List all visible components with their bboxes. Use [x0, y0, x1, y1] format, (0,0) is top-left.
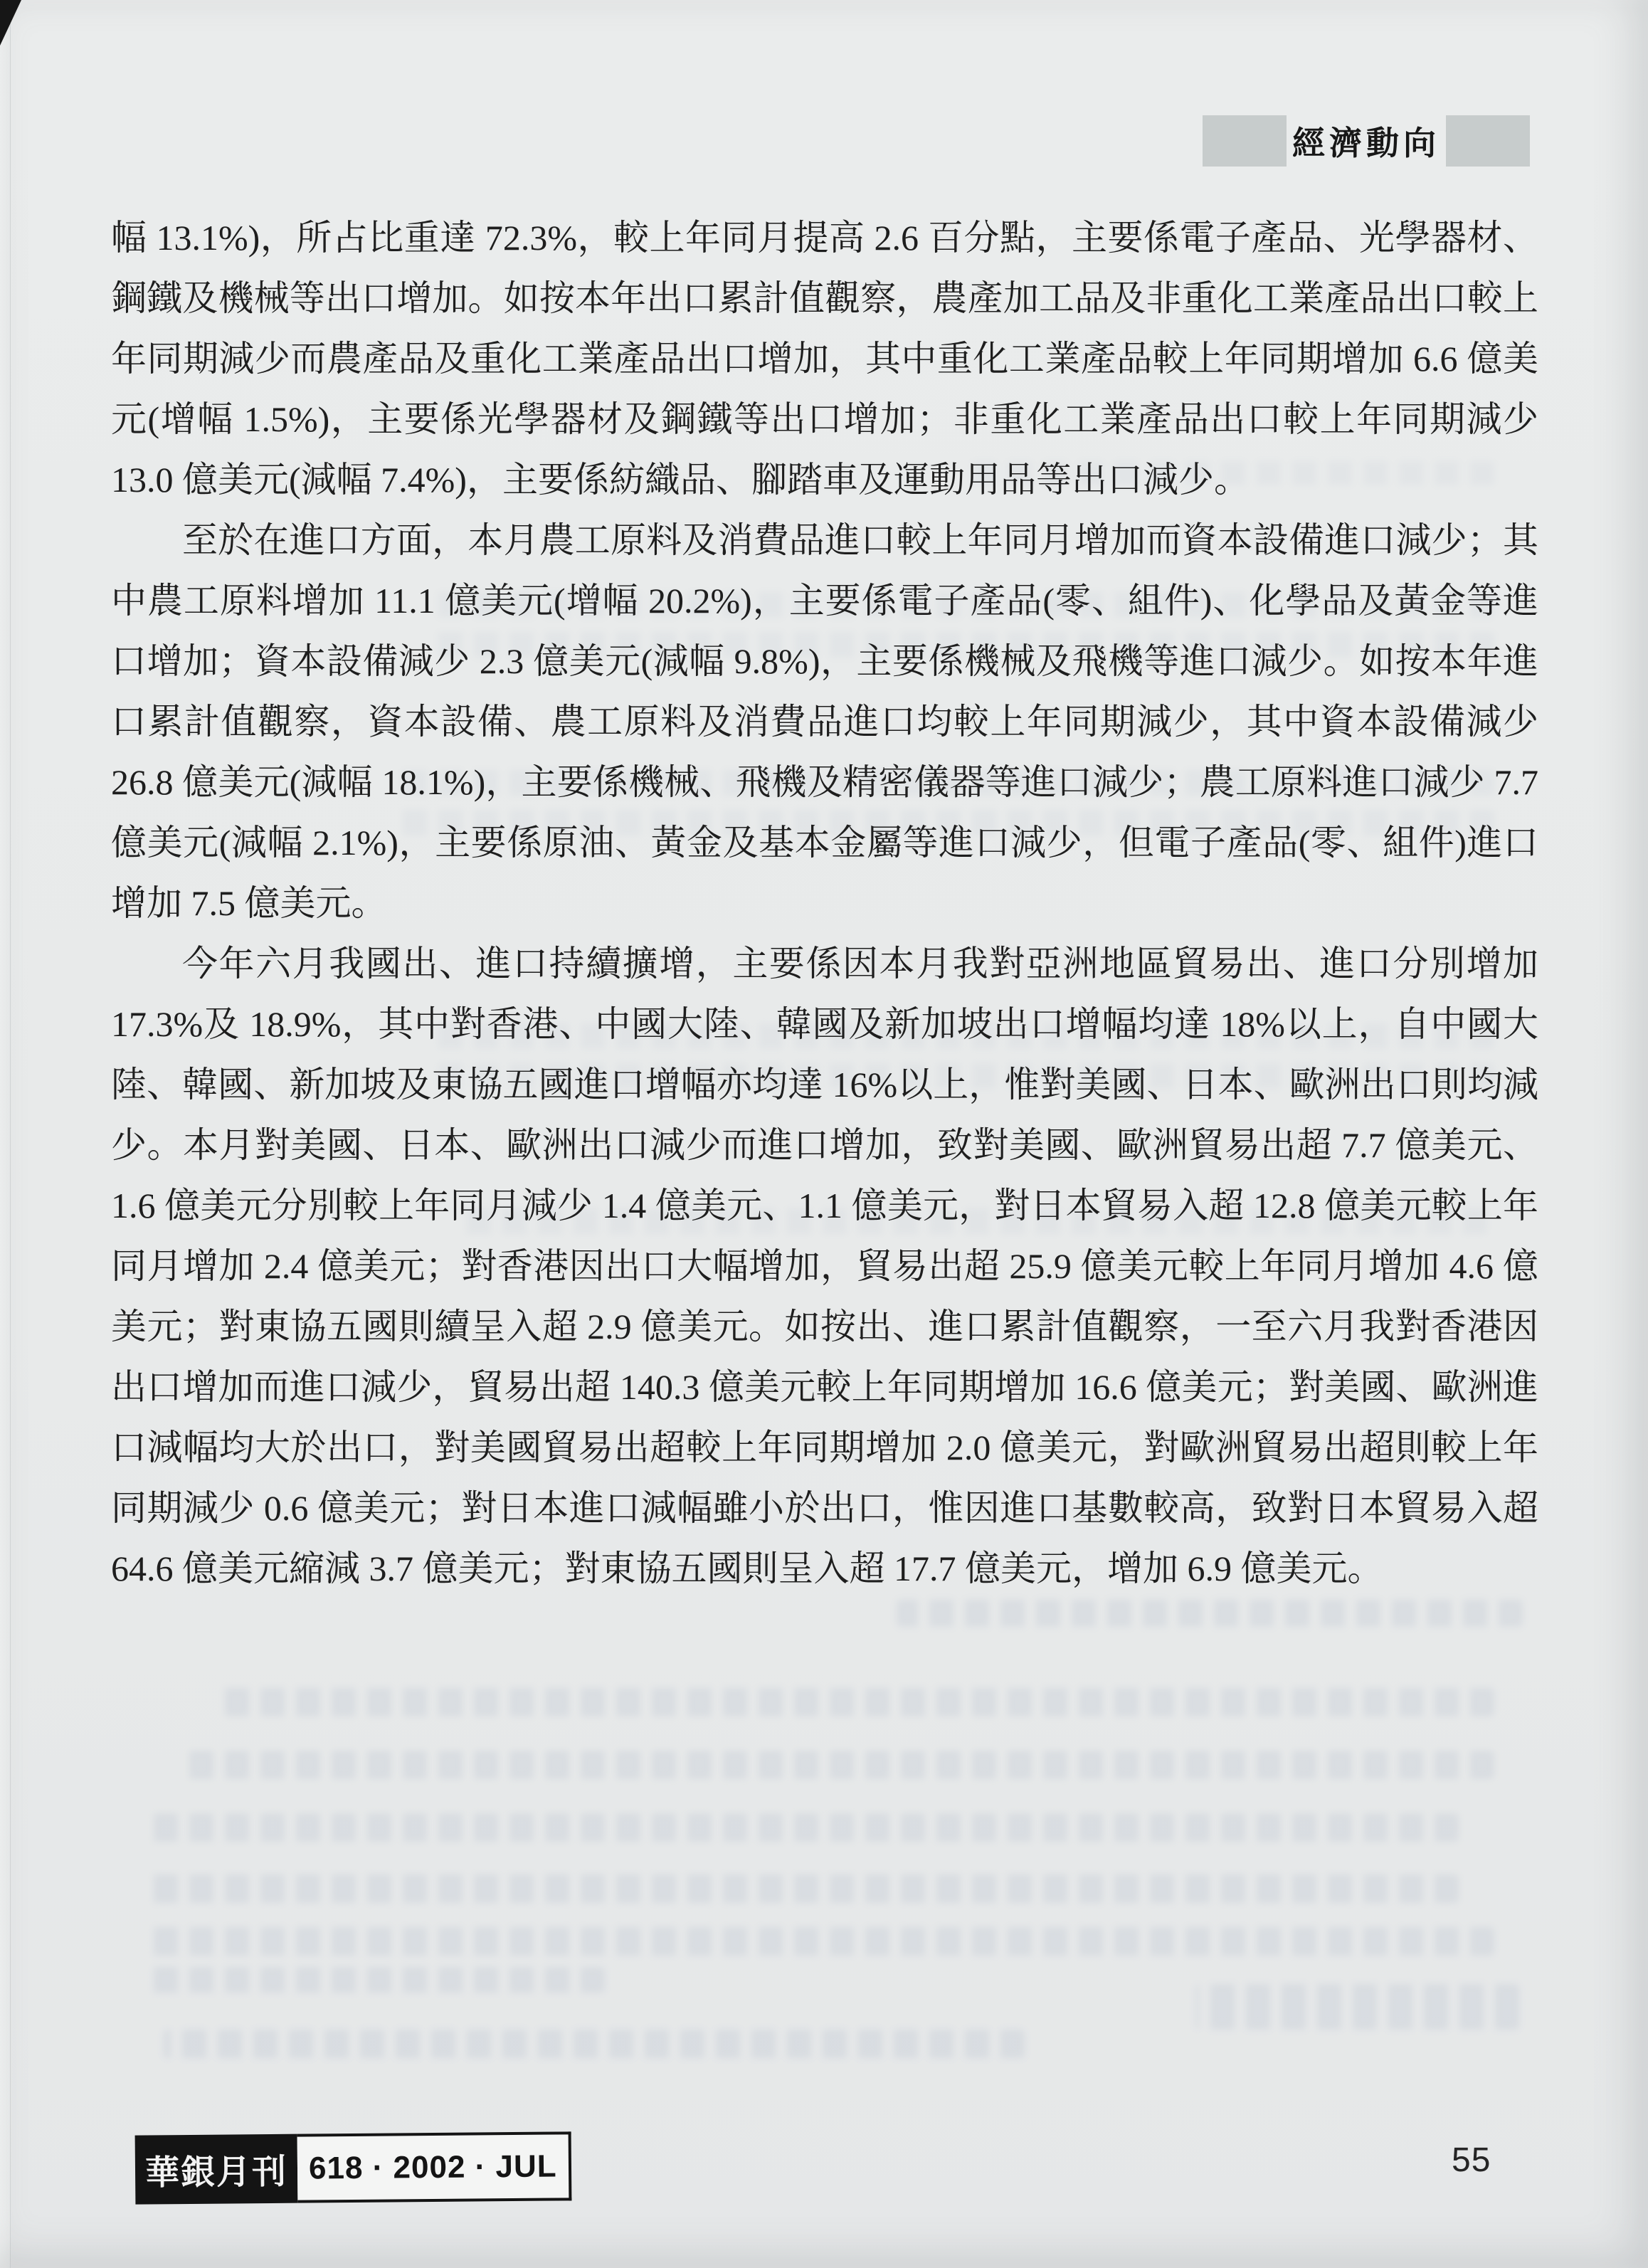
page-header: 經濟動向: [1203, 112, 1530, 169]
paragraph-2: 至於在進口方面，本月農工原料及消費品進口較上年同月增加而資本設備進口減少；其中農…: [111, 510, 1538, 934]
paragraph-3: 今年六月我國出、進口持續擴增，主要係因本月我對亞洲地區貿易出、進口分別增加 17…: [111, 934, 1538, 1599]
section-title: 經濟動向: [1287, 117, 1446, 164]
article-body: 幅 13.1%)，所占比重達 72.3%，較上年同月提高 2.6 百分點，主要係…: [111, 208, 1538, 1599]
scan-corner-artifact: [0, 0, 21, 46]
bleedthrough-line: [149, 1967, 605, 1993]
page-number: 55: [1452, 2141, 1491, 2180]
bleedthrough-line: [149, 1927, 1494, 1956]
header-decoration-left: [1203, 115, 1287, 167]
scanned-magazine-page: 經濟動向 幅 13.1%)，所占比重達 72.3%，較上年同月提高 2.6 百分…: [0, 0, 1648, 2268]
header-decoration-right: [1446, 115, 1530, 167]
issue-info: 618 · 2002 · JUL: [297, 2131, 571, 2203]
journal-name: 華銀月刊: [135, 2134, 298, 2205]
bleedthrough-line: [142, 1813, 1459, 1842]
journal-badge: 華銀月刊 618 · 2002 · JUL: [135, 2131, 571, 2204]
bleedthrough-line: [164, 2030, 1025, 2058]
bleedthrough-line: [897, 1600, 1523, 1627]
paragraph-1: 幅 13.1%)，所占比重達 72.3%，較上年同月提高 2.6 百分點，主要係…: [111, 208, 1538, 510]
bleedthrough-line: [1195, 1984, 1519, 2030]
bleedthrough-line: [142, 1874, 1459, 1903]
bleedthrough-line: [213, 1688, 1494, 1716]
page-left-edge: [0, 0, 11, 2268]
bleedthrough-line: [178, 1751, 1494, 1779]
